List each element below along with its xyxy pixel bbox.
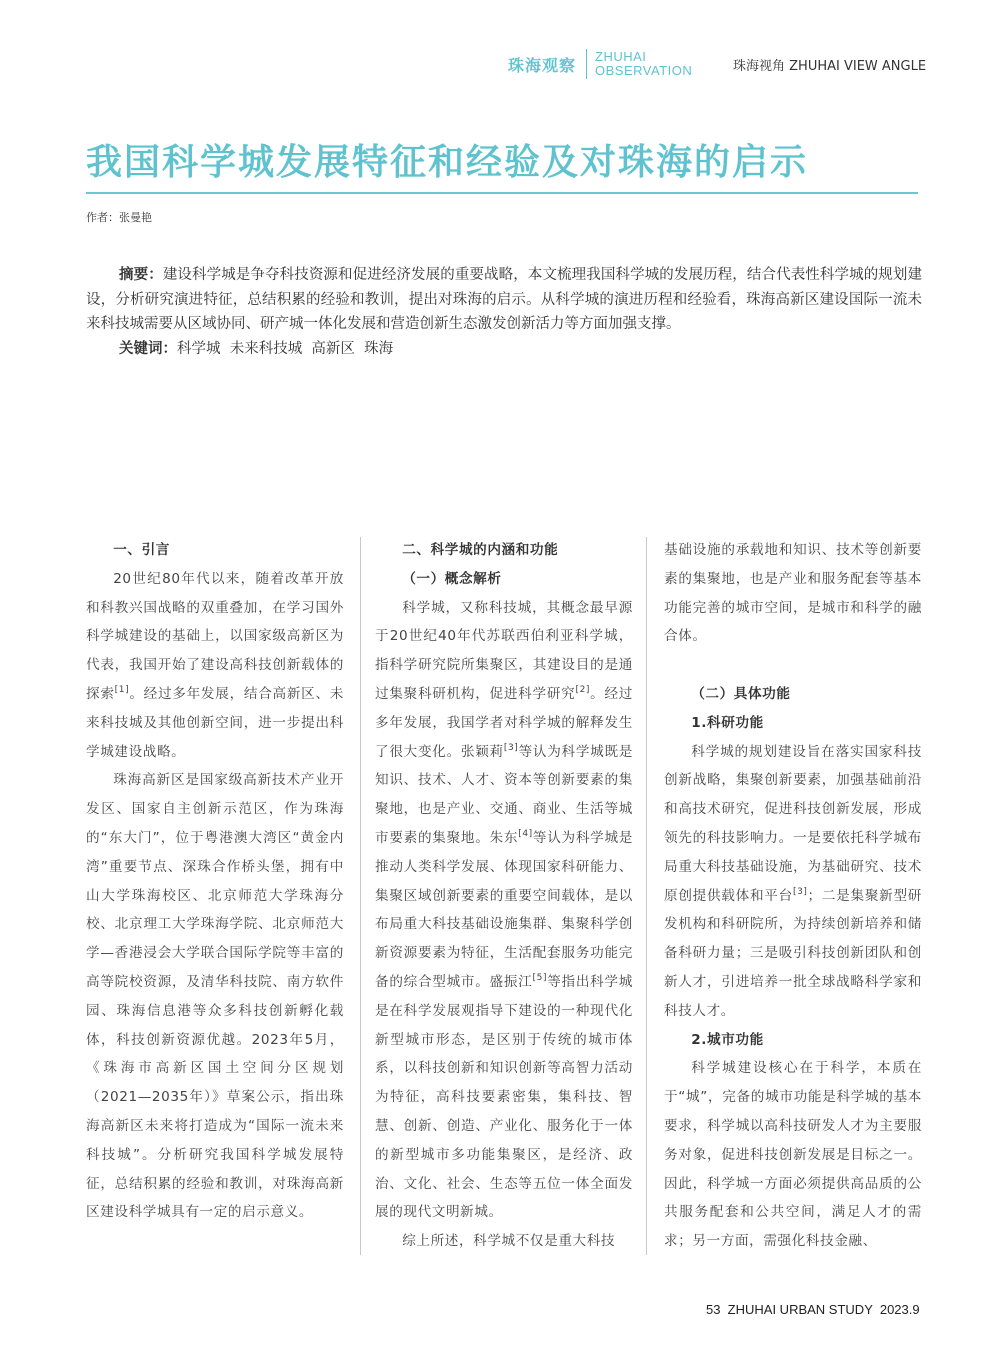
subsection-heading-urban: 2.城市功能 xyxy=(664,1026,922,1055)
citation-ref: [3] xyxy=(504,743,519,753)
brand-separator xyxy=(586,49,587,79)
brand-name-cn: 珠海观察 xyxy=(508,53,576,76)
section-label: 珠海视角 ZHUHAI VIEW ANGLE xyxy=(733,55,926,74)
body-column-3: 基础设施的承载地和知识、技术等创新要素的集聚地，也是产业和服务配套等基本功能完善… xyxy=(664,536,922,1256)
brand-en-line2: OBSERVATION xyxy=(595,64,692,78)
subsection-heading-research: 1.科研功能 xyxy=(664,709,922,738)
subsection-heading-functions: （二）具体功能 xyxy=(664,680,922,709)
body-paragraph: 科学城的规划建设旨在落实国家科技创新战略，集聚创新要素，加强基础前沿和高技术研究… xyxy=(664,738,922,1026)
citation-ref: [2] xyxy=(575,685,590,695)
title-divider xyxy=(86,192,918,194)
citation-ref: [5] xyxy=(533,973,548,983)
page-footer: 53 ZHUHAI URBAN STUDY 2023.9 xyxy=(706,1302,920,1317)
section-heading-introduction: 一、引言 xyxy=(86,536,344,565)
article-title: 我国科学城发展特征和经验及对珠海的启示 xyxy=(86,134,808,185)
citation-ref: [3] xyxy=(793,887,808,897)
abstract-text: 建设科学城是争夺科技资源和促进经济发展的重要战略，本文梳理我国科学城的发展历程，… xyxy=(86,267,922,332)
subsection-heading-concept: （一）概念解析 xyxy=(375,565,633,594)
brand-en-line1: ZHUHAI xyxy=(595,50,692,64)
body-column-2: 二、科学城的内涵和功能 （一）概念解析 科学城，又称科技城，其概念最早源于20世… xyxy=(375,536,633,1256)
body-paragraph: 综上所述，科学城不仅是重大科技 xyxy=(375,1227,633,1256)
body-paragraph: 基础设施的承载地和知识、技术等创新要素的集聚地，也是产业和服务配套等基本功能完善… xyxy=(664,536,922,651)
brand-name-en: ZHUHAI OBSERVATION xyxy=(595,50,692,78)
citation-ref: [1] xyxy=(115,685,130,695)
abstract-label: 摘要： xyxy=(119,266,163,283)
citation-ref: [4] xyxy=(518,829,533,839)
body-paragraph: 珠海高新区是国家级高新技术产业开发区、国家自主创新示范区，作为珠海的“东大门”，… xyxy=(86,766,344,1227)
body-paragraph: 20世纪80年代以来，随着改革开放和科教兴国战略的双重叠加，在学习国外科学城建设… xyxy=(86,565,344,767)
abstract-paragraph: 摘要：建设科学城是争夺科技资源和促进经济发展的重要战略，本文梳理我国科学城的发展… xyxy=(86,263,922,337)
column-divider xyxy=(646,537,647,1255)
section-heading-connotation: 二、科学城的内涵和功能 xyxy=(375,536,633,565)
abstract-block: 摘要：建设科学城是争夺科技资源和促进经济发展的重要战略，本文梳理我国科学城的发展… xyxy=(86,263,922,361)
keywords-text: 科学城 未来科技城 高新区 珠海 xyxy=(177,341,393,357)
keywords-label: 关键词： xyxy=(119,340,177,357)
spacer xyxy=(664,651,922,680)
body-paragraph: 科学城，又称科技城，其概念最早源于20世纪40年代苏联西伯利亚科学城，指科学研究… xyxy=(375,594,633,1228)
author-line: 作者：张曼艳 xyxy=(86,209,152,225)
body-paragraph: 科学城建设核心在于科学，本质在于“城”，完备的城市功能是科学城的基本要求，科学城… xyxy=(664,1054,922,1256)
column-divider xyxy=(360,537,361,1255)
body-column-1: 一、引言 20世纪80年代以来，随着改革开放和科教兴国战略的双重叠加，在学习国外… xyxy=(86,536,344,1227)
journal-brand: 珠海观察 ZHUHAI OBSERVATION xyxy=(508,48,692,80)
keywords-paragraph: 关键词：科学城 未来科技城 高新区 珠海 xyxy=(86,337,922,362)
